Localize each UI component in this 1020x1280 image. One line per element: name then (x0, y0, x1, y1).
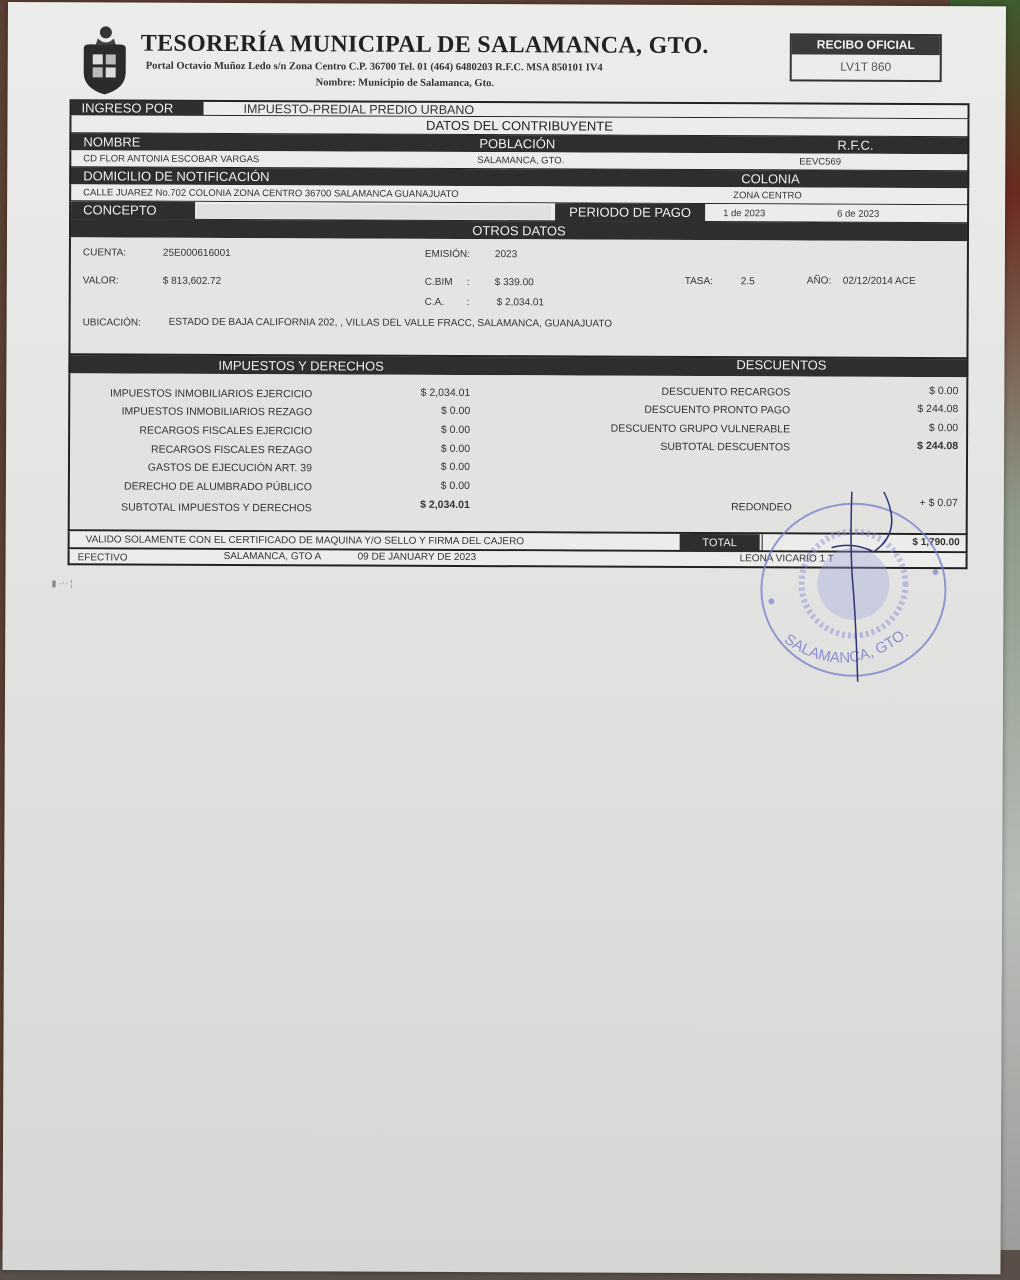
otros-datos-title-text: OTROS DATOS (472, 223, 565, 238)
impuesto-amount: $ 0.00 (441, 480, 470, 492)
cbim-colon: : (467, 277, 470, 288)
descuento-label: DESCUENTO PRONTO PAGO (644, 404, 790, 417)
lugar: SALAMANCA, GTO A (224, 551, 322, 562)
descuentos-title: DESCUENTOS (736, 357, 826, 372)
receipt-number-box: RECIBO OFICIAL LV1T 860 (790, 33, 942, 82)
descuento-amount: $ 0.00 (929, 385, 958, 397)
ubicacion-label: UBICACIÓN: (83, 317, 141, 328)
tasa-label: TASA: (685, 276, 713, 287)
ca-label: C.A. (425, 297, 445, 308)
otros-datos-box: CUENTA: 25E000616001 EMISIÓN: 2023 VALOR… (68, 237, 969, 359)
issuer-title: TESORERÍA MUNICIPAL DE SALAMANCA, GTO. (141, 31, 709, 60)
domicilio-header: DOMICILIO DE NOTIFICACIÓN (83, 168, 269, 184)
colonia-header: COLONIA (741, 171, 800, 186)
periodo-hasta: 6 de 2023 (837, 209, 879, 220)
emision-value: 2023 (495, 249, 517, 260)
periodo-desde: 1 de 2023 (723, 208, 765, 219)
nombre-value: CD FLOR ANTONIA ESCOBAR VARGAS (83, 153, 259, 165)
impuesto-amount: $ 0.00 (441, 461, 470, 473)
nombre-header: NOMBRE (83, 134, 140, 149)
issuer-name: Nombre: Municipio de Salamanca, Gto. (316, 77, 494, 89)
descuento-amount: $ 0.00 (929, 422, 958, 434)
poblacion-header: POBLACIÓN (479, 136, 555, 151)
periodo-label: PERIODO DE PAGO (555, 203, 705, 222)
coat-of-arms-icon (76, 22, 134, 96)
impuesto-label: RECARGOS FISCALES REZAGO (151, 444, 312, 457)
valido-text: VALIDO SOLAMENTE CON EL CERTIFICADO DE M… (86, 534, 524, 547)
impuesto-amount: $ 2,034.01 (421, 387, 471, 399)
ca-value: $ 2,034.01 (497, 297, 544, 308)
printer-marks: ▮ ·‧· ¦ (51, 578, 72, 589)
poblacion-value: SALAMANCA, GTO. (477, 155, 564, 166)
colonia-value: ZONA CENTRO (733, 190, 802, 201)
receipt-number: LV1T 860 (792, 54, 940, 79)
impuestos-subtotal-label: SUBTOTAL IMPUESTOS Y DERECHOS (121, 501, 312, 514)
descuento-label: DESCUENTO RECARGOS (662, 386, 791, 399)
anio-value: 02/12/2014 ACE (843, 276, 916, 287)
receipt-label: RECIBO OFICIAL (792, 35, 940, 55)
receipt-paper: TESORERÍA MUNICIPAL DE SALAMANCA, GTO. P… (2, 2, 1006, 1274)
impuesto-amount: $ 0.00 (441, 443, 470, 455)
cuenta-value: 25E000616001 (163, 248, 231, 259)
impuestos-subtotal-amount: $ 2,034.01 (420, 499, 470, 511)
impuesto-label: RECARGOS FISCALES EJERCICIO (139, 425, 312, 438)
impuesto-amount: $ 0.00 (441, 405, 470, 417)
cbim-value: $ 339.00 (495, 277, 534, 288)
anio-label: AÑO: (807, 275, 832, 286)
descuento-label: DESCUENTO GRUPO VULNERABLE (611, 423, 791, 436)
impuesto-label: DERECHO DE ALUMBRADO PÚBLICO (124, 481, 312, 494)
valor-label: VALOR: (83, 275, 119, 286)
total-label: TOTAL (680, 534, 760, 552)
ubicacion-value: ESTADO DE BAJA CALIFORNIA 202, , VILLAS … (169, 317, 613, 330)
descuentos-subtotal-label: SUBTOTAL DESCUENTOS (660, 441, 790, 454)
official-seal-icon: SALAMANCA, GTO. (753, 491, 954, 682)
domicilio-value: CALLE JUAREZ No.702 COLONIA ZONA CENTRO … (83, 187, 459, 200)
impuesto-label: IMPUESTOS INMOBILIARIOS REZAGO (122, 405, 313, 418)
impuesto-label: GASTOS DE EJECUCIÓN ART. 39 (148, 462, 312, 475)
ca-colon: : (467, 297, 470, 308)
contribuyente-title-text: DATOS DEL CONTRIBUYENTE (426, 118, 613, 134)
forma-pago: EFECTIVO (78, 552, 128, 563)
cbim-label: C.BIM (425, 277, 453, 288)
impuesto-label: IMPUESTOS INMOBILIARIOS EJERCICIO (110, 387, 312, 400)
impuesto-amount: $ 0.00 (441, 424, 470, 436)
emision-label: EMISIÓN: (425, 249, 470, 260)
concepto-label: CONCEPTO (71, 201, 195, 220)
descuento-amount: $ 244.08 (917, 403, 958, 415)
impuestos-title: IMPUESTOS Y DERECHOS (218, 357, 384, 373)
ingreso-value: IMPUESTO-PREDIAL PREDIO URBANO (204, 101, 475, 116)
issuer-address: Portal Octavio Muñoz Ledo s/n Zona Centr… (146, 61, 603, 74)
cuenta-label: CUENTA: (83, 247, 126, 258)
valor-value: $ 813,602.72 (163, 276, 221, 287)
rfc-value: EEVC569 (799, 156, 841, 167)
rfc-header: R.F.C. (837, 138, 873, 153)
fecha: 09 DE JANUARY DE 2023 (358, 552, 477, 564)
tasa-value: 2.5 (741, 276, 755, 287)
ingreso-label: INGRESO POR (72, 100, 204, 117)
concepto-value (197, 204, 551, 220)
descuentos-subtotal-amount: $ 244.08 (917, 440, 958, 452)
